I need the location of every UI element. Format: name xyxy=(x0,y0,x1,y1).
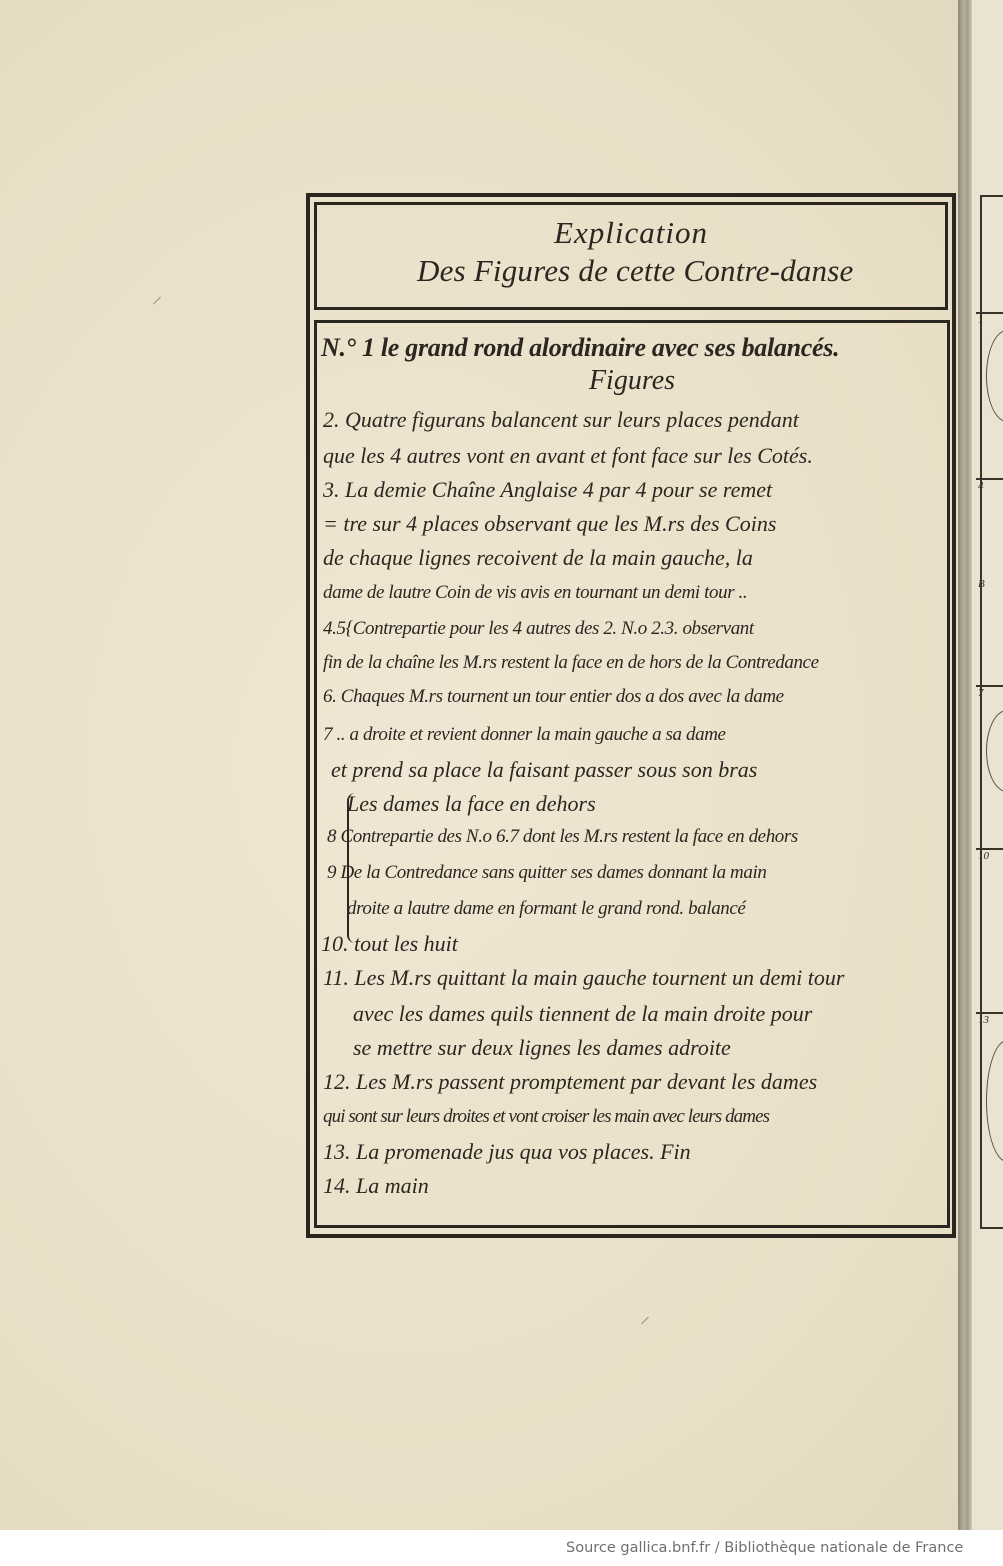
text-line: 12. Les M.rs passent promptement par dev… xyxy=(323,1071,817,1093)
adjacent-page: 1 4 B 7 10 13 xyxy=(972,0,1003,1530)
paper-mark xyxy=(641,1317,649,1325)
intro-line: N.° 1 le grand rond alordinaire avec ses… xyxy=(321,335,839,361)
text-line: dame de lautre Coin de vis avis en tourn… xyxy=(323,583,747,602)
text-line: 13. La promenade jus qua vos places. Fin xyxy=(323,1141,691,1163)
text-line: 14. La main xyxy=(323,1175,429,1197)
text-line: Les dames la face en dehors xyxy=(347,793,596,815)
document-subtitle: Des Figures de cette Contre-danse xyxy=(417,253,945,289)
text-line: 3. La demie Chaîne Anglaise 4 par 4 pour… xyxy=(323,479,772,501)
text-line: 11. Les M.rs quittant la main gauche tou… xyxy=(323,967,844,989)
figure-number: 4 xyxy=(976,478,1003,492)
text-line: et prend sa place la faisant passer sous… xyxy=(331,759,757,781)
text-line: fin de la chaîne les M.rs restent la fac… xyxy=(323,653,819,672)
text-line: 10. tout les huit xyxy=(321,933,458,955)
section-heading: Figures xyxy=(317,367,947,395)
text-line: qui sont sur leurs droites et vont crois… xyxy=(323,1107,769,1126)
book-gutter xyxy=(958,0,972,1530)
explanation-body: N.° 1 le grand rond alordinaire avec ses… xyxy=(314,320,950,1228)
figure-number: 13 xyxy=(976,1012,1003,1026)
figure-number: 1 xyxy=(976,312,1003,326)
text-line: 2. Quatre figurans balancent sur leurs p… xyxy=(323,409,799,431)
text-line: que les 4 autres vont en avant et font f… xyxy=(323,445,813,467)
text-line: 7 .. a droite et revient donner la main … xyxy=(323,725,726,744)
figure-number: 7 xyxy=(976,685,1003,699)
text-line: de chaque lignes recoivent de la main ga… xyxy=(323,547,753,569)
text-line: se mettre sur deux lignes les dames adro… xyxy=(353,1037,731,1059)
text-line: avec les dames quils tiennent de la main… xyxy=(353,1003,812,1025)
scanned-page: Explication Des Figures de cette Contre-… xyxy=(0,0,1003,1530)
figure-number: 10 xyxy=(976,848,1003,862)
figure-label: B xyxy=(978,578,985,590)
text-line: 4.5{Contrepartie pour les 4 autres des 2… xyxy=(323,619,754,638)
paper-mark xyxy=(153,297,161,305)
title-cartouche: Explication Des Figures de cette Contre-… xyxy=(314,202,948,310)
text-line: = tre sur 4 places observant que les M.r… xyxy=(323,513,776,535)
text-line: droite a lautre dame en formant le grand… xyxy=(347,899,745,918)
document-title: Explication xyxy=(317,215,945,251)
text-line: 9 De la Contredance sans quitter ses dam… xyxy=(327,863,766,882)
source-attribution: Source gallica.bnf.fr / Bibliothèque nat… xyxy=(566,1540,963,1556)
text-line: 6. Chaques M.rs tournent un tour entier … xyxy=(323,687,784,706)
text-line: 8 Contrepartie des N.o 6.7 dont les M.rs… xyxy=(327,827,798,846)
